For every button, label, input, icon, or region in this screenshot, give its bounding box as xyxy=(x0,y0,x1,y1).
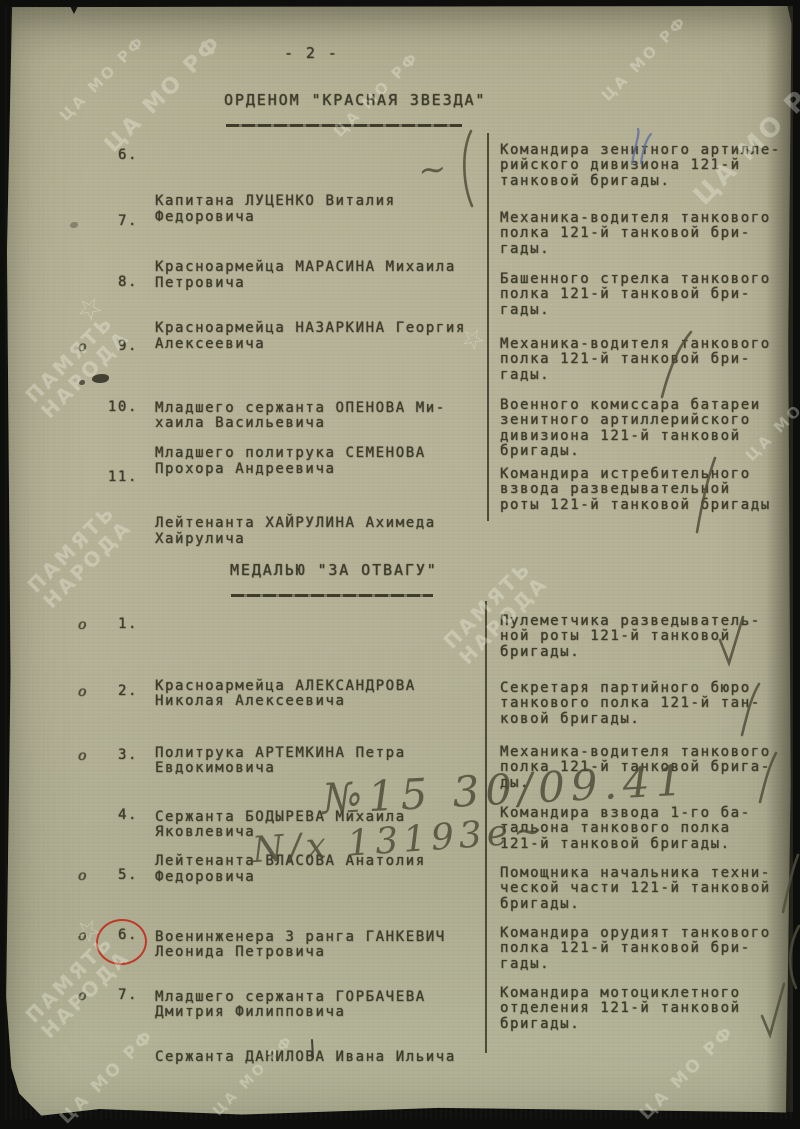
text-line: Красноармейца МАРАСИНА Михаила xyxy=(155,260,490,275)
awardee-role: Командира зенитного артилле-рийского див… xyxy=(500,143,800,189)
entry-number: 11. xyxy=(90,470,138,485)
awardee-role: Механика-водителя танковогополка 121-й т… xyxy=(500,337,800,383)
text-line: гады. xyxy=(500,957,800,972)
entry-number: 8. xyxy=(90,275,138,290)
awardee-role: Командира мотоциклетногоотделения 121-й … xyxy=(500,986,800,1032)
handwritten-o-mark: о xyxy=(78,618,88,633)
text-line: взвода разведывательной xyxy=(500,482,800,497)
entry-number: 1. xyxy=(90,617,138,632)
handwritten-o-mark: о xyxy=(78,685,88,700)
staple-notch xyxy=(70,6,78,14)
text-line: бригады. xyxy=(500,444,800,459)
section-title-underline xyxy=(226,124,462,127)
text-line: роты 121-й танковой бригады xyxy=(500,498,800,513)
text-line: танкового полка 121-й тан- xyxy=(500,696,800,711)
text-line: полка 121-й танковой бри- xyxy=(500,287,800,302)
handwritten-o-mark: о xyxy=(78,749,88,764)
pen-tilde-mark: ~ xyxy=(416,149,449,192)
section-title-medal-for-courage: МЕДАЛЬЮ "ЗА ОТВАГУ" xyxy=(230,563,438,578)
text-line: Красноармейца НАЗАРКИНА Георгия xyxy=(155,321,490,336)
section-title-order-red-star: ОРДЕНОМ "КРАСНАЯ ЗВЕЗДА" xyxy=(224,93,486,108)
text-line: полка 121-й танковой бри- xyxy=(500,352,800,367)
text-line: рийского дивизиона 121-й xyxy=(500,158,800,173)
text-line: Хайрулича xyxy=(155,532,490,547)
entry-number: 10. xyxy=(90,400,138,415)
text-line: Сержанта ДАНИЛОВА Ивана Ильича xyxy=(155,1050,490,1065)
text-line: полка 121-й танковой бри- xyxy=(500,226,800,241)
text-line: ческой части 121-й танковой xyxy=(500,881,800,896)
awardee-name: Сержанта ДАНИЛОВА Ивана Ильича xyxy=(155,1050,490,1065)
awardee-name: Лейтенанта ХАЙРУЛИНА АхимедаХайрулича xyxy=(155,516,490,547)
text-line: бригады. xyxy=(500,1017,800,1032)
entry-number: 5. xyxy=(90,868,138,883)
entry-number: 7. xyxy=(90,214,138,229)
awardee-role: Пулеметчика разведыватель-ной роты 121-й… xyxy=(500,614,800,660)
text-line: Младшего политрука СЕМЕНОВА xyxy=(155,446,490,461)
text-line: отделения 121-й танковой xyxy=(500,1001,800,1016)
scanned-award-document-page: - 2 - ОРДЕНОМ "КРАСНАЯ ЗВЕЗДА" 6. Капита… xyxy=(0,0,800,1129)
awardee-role: Командира орудият танковогополка 121-й т… xyxy=(500,926,800,972)
text-line: зенитного артиллерийского xyxy=(500,413,800,428)
text-line: бригады. xyxy=(500,897,800,912)
text-line: полка 121-й танковой бри- xyxy=(500,941,800,956)
text-line: гады. xyxy=(500,303,800,318)
handwritten-o-mark: о xyxy=(78,869,88,884)
page-number: - 2 - xyxy=(284,46,339,61)
awardee-role: Механика-водителя танковогополка 121-й т… xyxy=(500,211,800,257)
handwritten-o-mark: о xyxy=(78,340,88,355)
entry-number: 6. xyxy=(90,148,138,163)
handwritten-o-mark: о xyxy=(78,989,88,1004)
text-line: ной роты 121-й танковой xyxy=(500,629,800,644)
entry-number: 3. xyxy=(90,748,138,763)
handwritten-o-mark: о xyxy=(78,929,88,944)
awardee-role: Помощника начальника техни-ческой части … xyxy=(500,866,800,912)
text-line: Капитана ЛУЦЕНКО Виталия xyxy=(155,194,490,209)
text-line: гады. xyxy=(500,242,800,257)
awardee-role: Башенного стрелка танковогополка 121-й т… xyxy=(500,272,800,318)
text-line: бригады. xyxy=(500,645,800,660)
awardee-role: Военного комиссара батареизенитного арти… xyxy=(500,398,800,460)
awardee-role: Секретаря партийного бюротанкового полка… xyxy=(500,681,800,727)
entry-number: 4. xyxy=(90,808,138,823)
awardee-entry: о 7. Сержанта ДАНИЛОВА Ивана Ильича xyxy=(90,988,490,1096)
entry-number: 7. xyxy=(90,988,138,1003)
text-line: Лейтенанта ХАЙРУЛИНА Ахимеда xyxy=(155,516,490,531)
text-line: танковой бригады. xyxy=(500,174,800,189)
text-line: гады. xyxy=(500,368,800,383)
entry-number: 2. xyxy=(90,684,138,699)
text-line: ковой бригады. xyxy=(500,712,800,727)
entry-number: 9. xyxy=(90,339,138,354)
section-title-underline xyxy=(231,594,433,597)
awardee-role: Командира истребительноговзвода разведыв… xyxy=(500,467,800,513)
text-line: дивизиона 121-й танковой xyxy=(500,429,800,444)
